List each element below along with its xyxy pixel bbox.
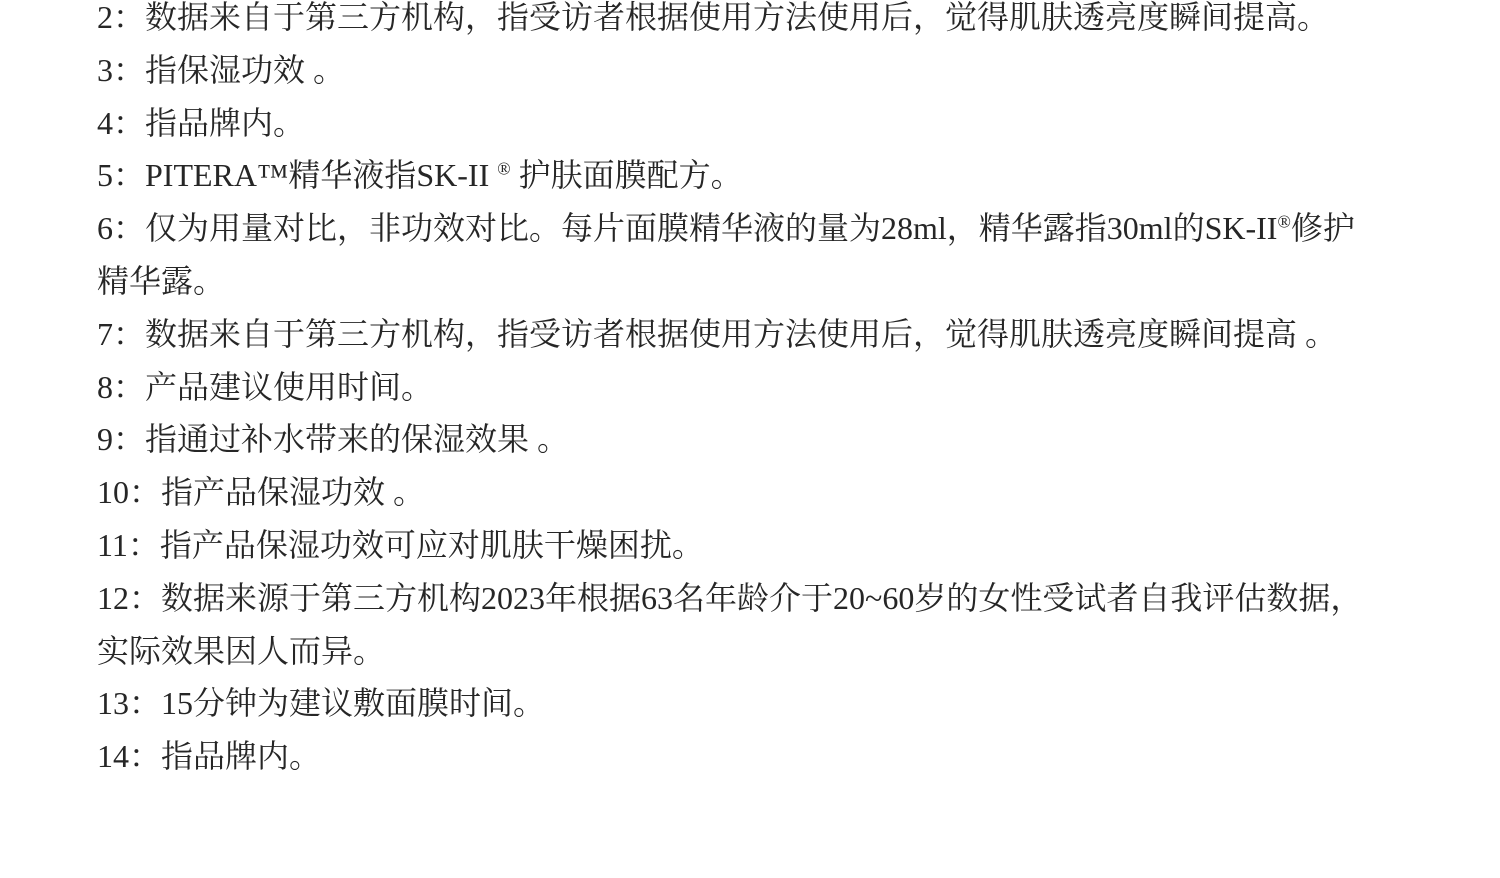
footnote-text: 10：指产品保湿功效 。 [97, 474, 425, 510]
footnote-text: 2：数据来自于第三方机构，指受访者根据使用方法使用后，觉得肌肤透亮度瞬间提高。 [97, 0, 1329, 35]
registered-trademark-superscript: ® [1277, 212, 1290, 232]
footnote-line: 5：PITERA™精华液指SK-II ® 护肤面膜配方。 [97, 149, 1460, 202]
footnotes-list: 2：数据来自于第三方机构，指受访者根据使用方法使用后，觉得肌肤透亮度瞬间提高。3… [97, 0, 1460, 783]
footnote-text: 护肤面膜配方。 [511, 157, 743, 193]
footnote-text: 精华露。 [97, 263, 225, 299]
footnote-line: 13：15分钟为建议敷面膜时间。 [97, 677, 1460, 730]
footnote-text: 修护 [1291, 210, 1355, 246]
footnote-line: 3：指保湿功效 。 [97, 44, 1460, 97]
footnote-line: 2：数据来自于第三方机构，指受访者根据使用方法使用后，觉得肌肤透亮度瞬间提高。 [97, 0, 1460, 44]
footnote-line: 14：指品牌内。 [97, 730, 1460, 783]
footnote-text: 实际效果因人而异。 [97, 633, 385, 669]
footnote-line: 9：指通过补水带来的保湿效果 。 [97, 413, 1460, 466]
footnote-text: 13：15分钟为建议敷面膜时间。 [97, 685, 545, 721]
footnote-text: 4：指品牌内。 [97, 105, 305, 141]
footnote-text: 11：指产品保湿功效可应对肌肤干燥困扰。 [97, 527, 704, 563]
footnote-line: 7：数据来自于第三方机构，指受访者根据使用方法使用后，觉得肌肤透亮度瞬间提高 。 [97, 308, 1460, 361]
footnote-text: 7：数据来自于第三方机构，指受访者根据使用方法使用后，觉得肌肤透亮度瞬间提高 。 [97, 316, 1337, 352]
footnote-text: 9：指通过补水带来的保湿效果 。 [97, 421, 569, 457]
footnote-text: 5：PITERA™精华液指SK-II [97, 157, 497, 193]
footnote-text: 12：数据来源于第三方机构2023年根据63名年龄介于20~60岁的女性受试者自… [97, 580, 1362, 616]
footnote-line: 实际效果因人而异。 [97, 625, 1460, 678]
footnote-text: 8：产品建议使用时间。 [97, 369, 433, 405]
footnote-line: 精华露。 [97, 255, 1460, 308]
footnote-text: 14：指品牌内。 [97, 738, 321, 774]
footnote-text: 3：指保湿功效 。 [97, 52, 345, 88]
footnote-text: 6：仅为用量对比，非功效对比。每片面膜精华液的量为28ml，精华露指30ml的S… [97, 210, 1277, 246]
footnote-line: 11：指产品保湿功效可应对肌肤干燥困扰。 [97, 519, 1460, 572]
footnote-line: 8：产品建议使用时间。 [97, 361, 1460, 414]
footnote-line: 6：仅为用量对比，非功效对比。每片面膜精华液的量为28ml，精华露指30ml的S… [97, 202, 1460, 255]
registered-trademark-superscript: ® [497, 159, 510, 179]
footnote-line: 10：指产品保湿功效 。 [97, 466, 1460, 519]
footnote-line: 4：指品牌内。 [97, 97, 1460, 150]
footnote-line: 12：数据来源于第三方机构2023年根据63名年龄介于20~60岁的女性受试者自… [97, 572, 1460, 625]
footnotes-block: 2：数据来自于第三方机构，指受访者根据使用方法使用后，觉得肌肤透亮度瞬间提高。3… [0, 0, 1500, 783]
